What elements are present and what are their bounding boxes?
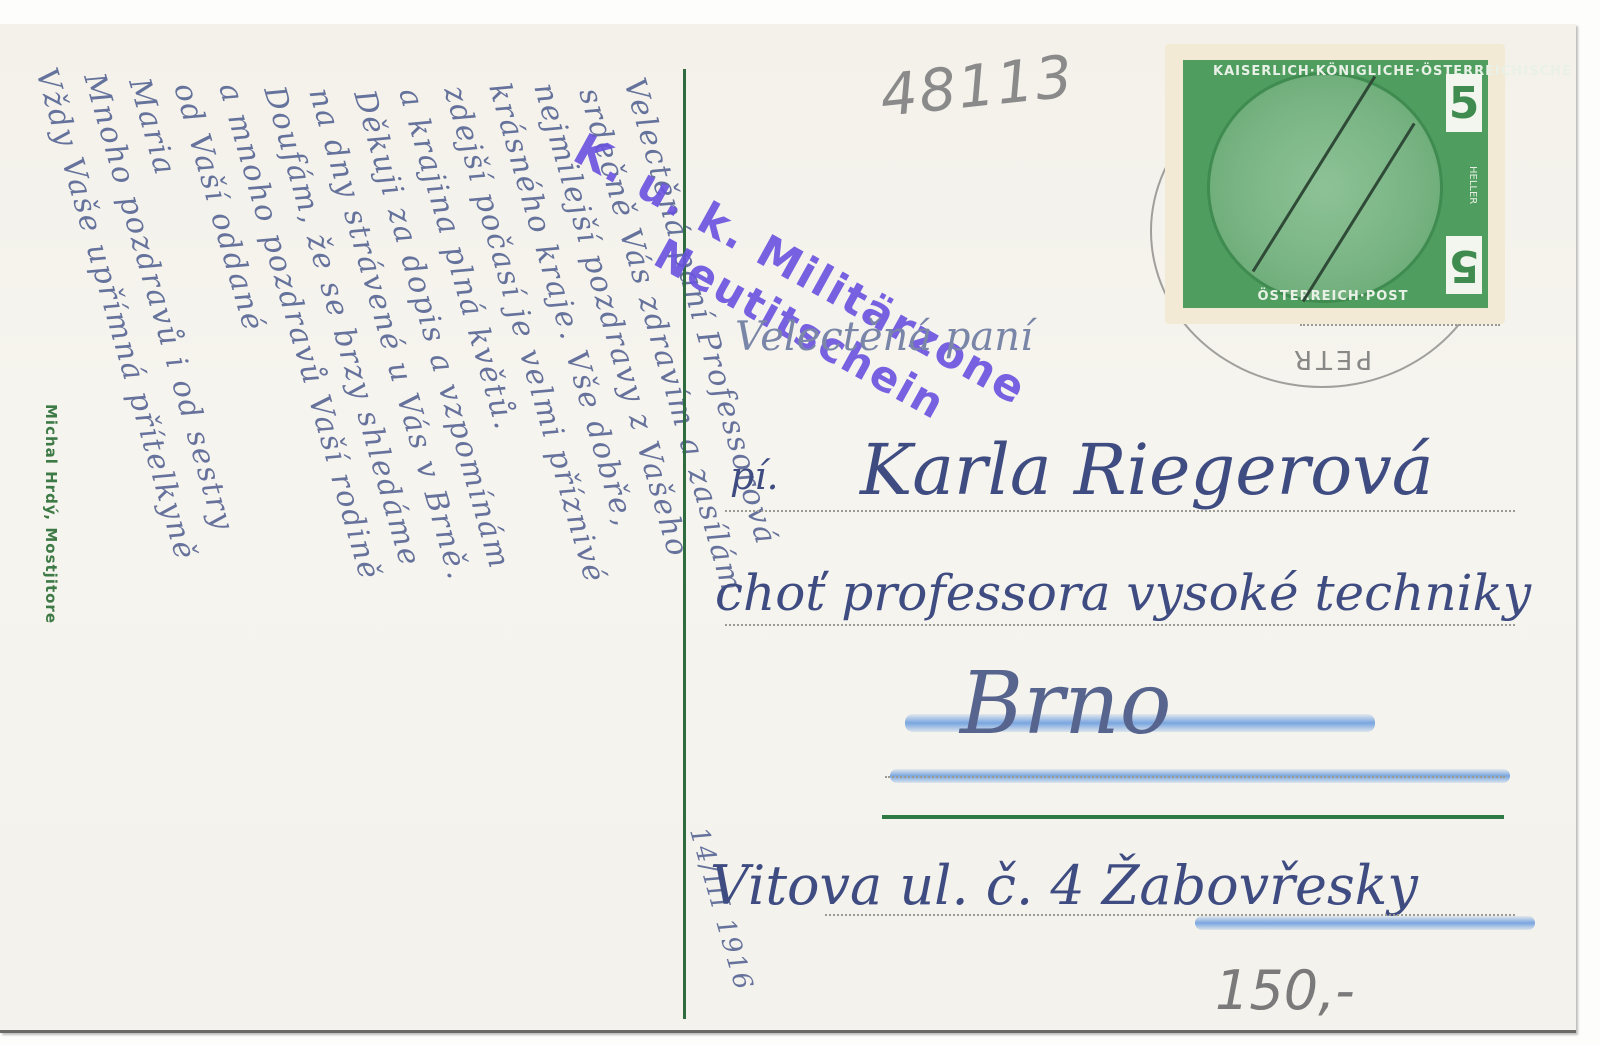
address-line2: choť professora vysoké techniky [715,564,1531,622]
stamp-denomination-bottom: 5 [1446,236,1482,294]
postage-stamp: KAISERLICH·KÖNIGLICHE·ÖSTERREICHISCHE ÖS… [1165,44,1505,324]
stamp-unit: HELLER [1450,150,1478,220]
address-rule [725,510,1515,512]
strike-through [1195,916,1535,930]
address-prefix: pí. [730,454,779,498]
postmark-text: PETR [1290,344,1372,374]
postcard: Velectěná paní Professorová srdečně Vás … [0,24,1576,1033]
city-struck: Brno [960,654,1171,754]
stamp-design: KAISERLICH·KÖNIGLICHE·ÖSTERREICHISCHE ÖS… [1183,60,1488,308]
address-rule-solid [882,815,1504,819]
stamp-denomination-top: 5 [1446,74,1482,132]
stamp-text-bottom: ÖSTERREICH·POST [1213,289,1453,304]
address-line4: Vitova ul. č. 4 Žabovřesky [710,854,1418,917]
pencil-price: 150,- [1215,959,1355,1022]
recipient-name: Karla Riegerová [860,429,1434,511]
address-rule [1300,324,1500,326]
address-rule [885,776,1505,778]
salutation: Velectěná paní [735,314,1033,360]
stamp-text-top: KAISERLICH·KÖNIGLICHE·ÖSTERREICHISCHE [1213,64,1453,79]
printer-imprint: Michal Hrdý, Mostjitore [42,404,60,624]
address-rule [725,624,1515,626]
pencil-inventory-number: 48113 [877,42,1078,130]
